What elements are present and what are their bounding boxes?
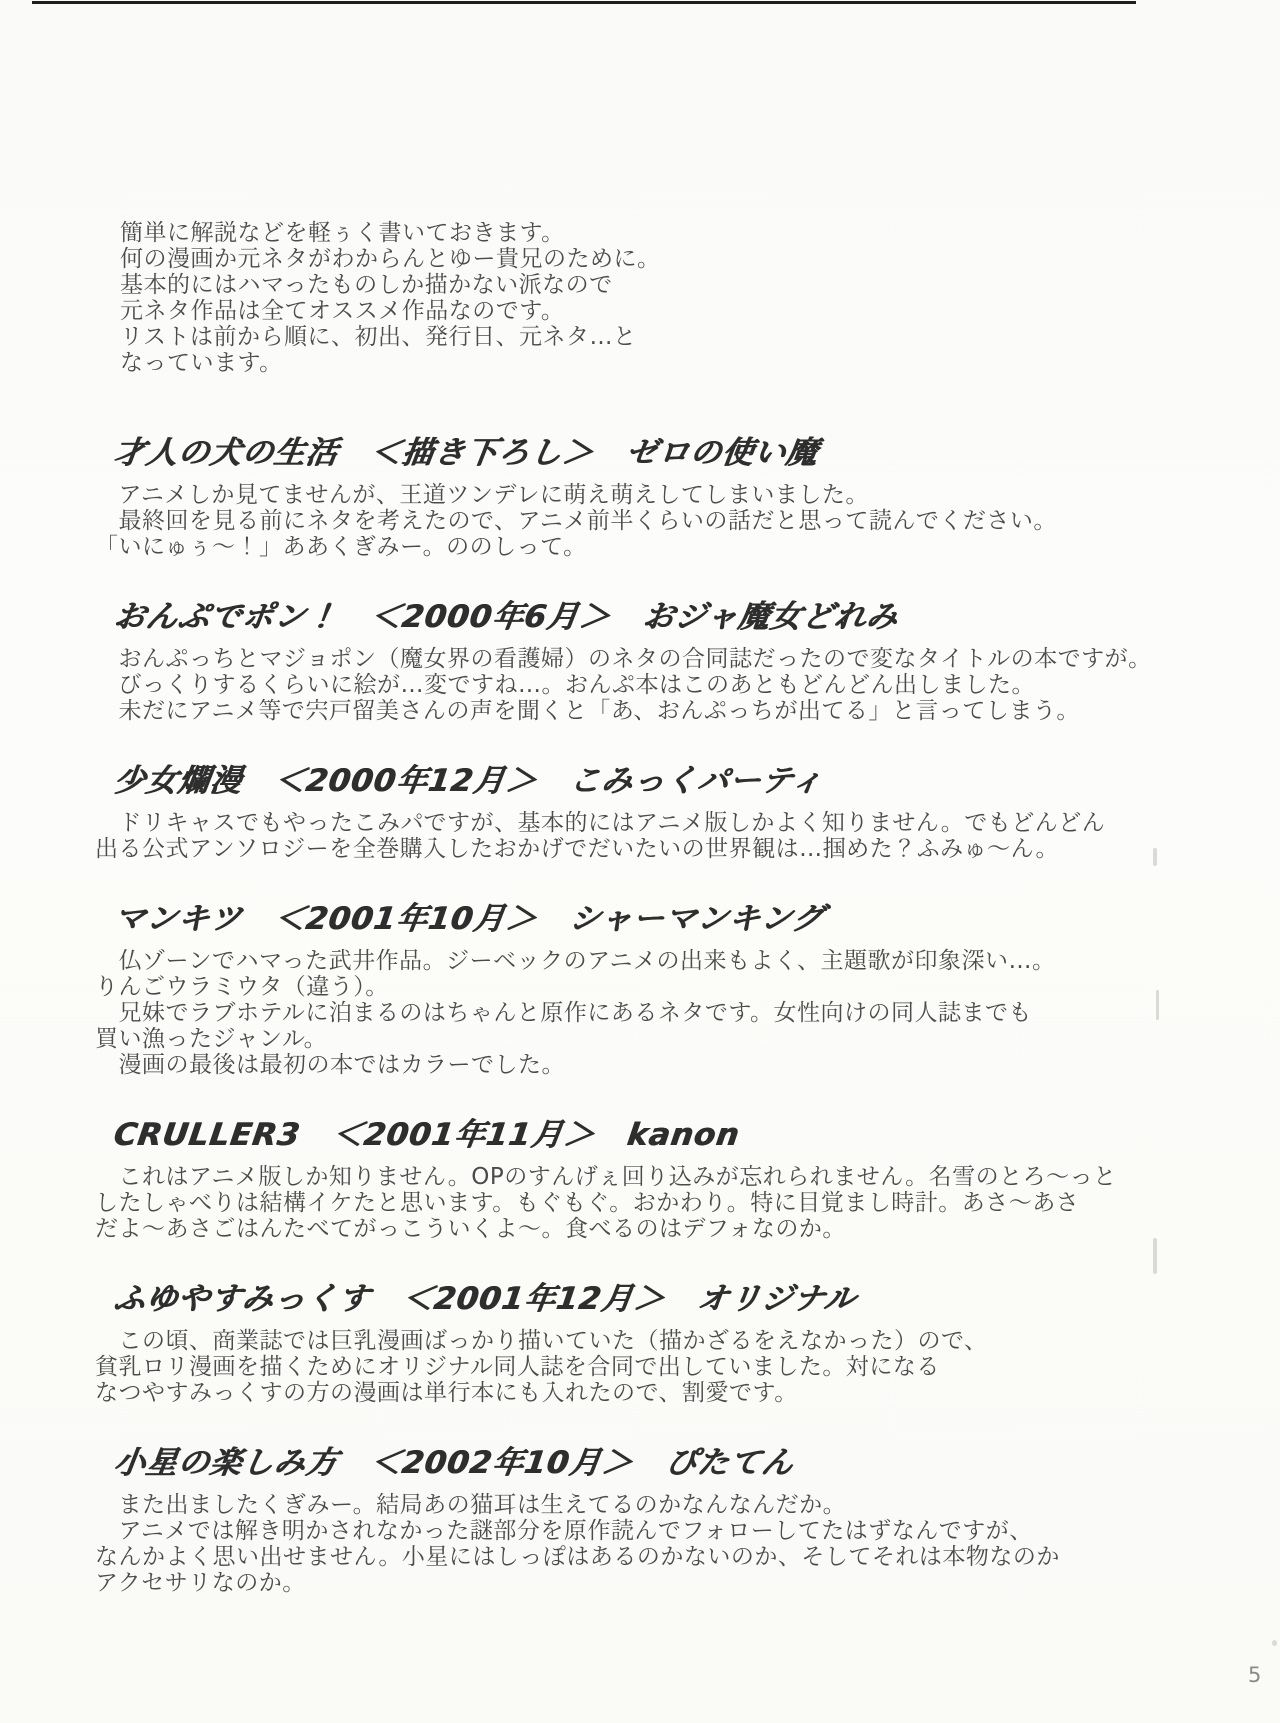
entry-body: この頃、商業誌では巨乳漫画ばっかり描いていた（描かざるをえなかった）ので、貧乳ロ… [95, 1328, 1200, 1406]
entry-title: 少女爛漫 ＜2000年12月＞ こみっくパーティ [111, 760, 1206, 802]
intro-line: 基本的にはハマったものしか描かない派なので [120, 272, 1200, 298]
scan-artifact-smudge [1153, 1238, 1157, 1274]
entry-body-line: これはアニメ版しか知りません。OPのすんげぇ回り込みが忘れられません。名雪のとろ… [95, 1164, 1200, 1190]
scanned-page: 簡単に解説などを軽ぅく書いておきます。何の漫画か元ネタがわからんとゆー貴兄のため… [0, 0, 1280, 1723]
entry-body-line: りんごウラミウタ（違う）。 [95, 974, 1200, 1000]
intro-paragraph: 簡単に解説などを軽ぅく書いておきます。何の漫画か元ネタがわからんとゆー貴兄のため… [120, 220, 1200, 376]
entry-body-line: 買い漁ったジャンル。 [95, 1026, 1200, 1052]
entry-title: ふゆやすみっくす ＜2001年12月＞ オリジナル [111, 1278, 1206, 1320]
entry-list: 才人の犬の生活 ＜描き下ろし＞ ゼロの使い魔 アニメしか見てませんが、王道ツンデ… [95, 432, 1200, 1596]
entry-section: おんぷでポン！ ＜2000年6月＞ おジャ魔女どれみ おんぷっちとマジョポン（魔… [95, 596, 1200, 724]
entry-body-line: この頃、商業誌では巨乳漫画ばっかり描いていた（描かざるをえなかった）ので、 [95, 1328, 1200, 1354]
entry-body-line: 貧乳ロリ漫画を描くためにオリジナル同人誌を合同で出していました。対になる [95, 1354, 1200, 1380]
entry-body-line: 最終回を見る前にネタを考えたので、アニメ前半くらいの話だと思って読んでください。 [95, 508, 1200, 534]
entry-title: 小星の楽しみ方 ＜2002年10月＞ ぴたてん [111, 1442, 1206, 1484]
entry-body-line: びっくりするくらいに絵が…変ですね…。おんぷ本はこのあともどんどん出しました。 [95, 672, 1200, 698]
scan-artifact-smudge [1272, 1640, 1277, 1646]
scan-artifact-smudge [1156, 990, 1159, 1020]
entry-body-line: 「いにゅぅ～！」ああくぎみー。ののしって。 [95, 534, 1200, 560]
entry-title: 才人の犬の生活 ＜描き下ろし＞ ゼロの使い魔 [111, 432, 1206, 474]
entry-body: また出ましたくぎみー。結局あの猫耳は生えてるのかなんなんだか。 アニメでは解き明… [95, 1492, 1200, 1596]
entry-section: マンキツ ＜2001年10月＞ シャーマンキング 仏ゾーンでハマった武井作品。ジ… [95, 898, 1200, 1078]
entry-body-line: アニメでは解き明かされなかった謎部分を原作読んでフォローしてたはずなんですが、 [95, 1518, 1200, 1544]
entry-body: 仏ゾーンでハマった武井作品。ジーベックのアニメの出来もよく、主題歌が印象深い…。… [95, 948, 1200, 1078]
intro-line: なっています。 [120, 350, 1200, 376]
entry-body-line: なんかよく思い出せません。小星にはしっぽはあるのかないのか、そしてそれは本物なの… [95, 1544, 1200, 1570]
intro-line: 何の漫画か元ネタがわからんとゆー貴兄のために。 [120, 246, 1200, 272]
entry-body: アニメしか見てませんが、王道ツンデレに萌え萌えしてしまいました。 最終回を見る前… [95, 482, 1200, 560]
entry-body-line: したしゃべりは結構イケたと思います。もぐもぐ。おかわり。特に目覚まし時計。あさ～… [95, 1190, 1200, 1216]
page-content: 簡単に解説などを軽ぅく書いておきます。何の漫画か元ネタがわからんとゆー貴兄のため… [95, 220, 1200, 1596]
entry-title: おんぷでポン！ ＜2000年6月＞ おジャ魔女どれみ [111, 596, 1206, 638]
entry-body-line: 兄妹でラブホテルに泊まるのはちゃんと原作にあるネタです。女性向けの同人誌までも [95, 1000, 1200, 1026]
scan-artifact-smudge [1153, 848, 1157, 866]
entry-body-line: アニメしか見てませんが、王道ツンデレに萌え萌えしてしまいました。 [95, 482, 1200, 508]
entry-body: ドリキャスでもやったこみパですが、基本的にはアニメ版しかよく知りません。でもどん… [95, 810, 1200, 862]
entry-body-line: なつやすみっくすの方の漫画は単行本にも入れたので、割愛です。 [95, 1380, 1200, 1406]
entry-body: おんぷっちとマジョポン（魔女界の看護婦）のネタの合同誌だったので変なタイトルの本… [95, 646, 1200, 724]
entry-section: 小星の楽しみ方 ＜2002年10月＞ ぴたてん また出ましたくぎみー。結局あの猫… [95, 1442, 1200, 1596]
entry-body-line: 漫画の最後は最初の本ではカラーでした。 [95, 1052, 1200, 1078]
entry-body-line: また出ましたくぎみー。結局あの猫耳は生えてるのかなんなんだか。 [95, 1492, 1200, 1518]
intro-line: リストは前から順に、初出、発行日、元ネタ…と [120, 324, 1200, 350]
entry-body-line: おんぷっちとマジョポン（魔女界の看護婦）のネタの合同誌だったので変なタイトルの本… [95, 646, 1200, 672]
entry-body: これはアニメ版しか知りません。OPのすんげぇ回り込みが忘れられません。名雪のとろ… [95, 1164, 1200, 1242]
entry-body-line: 出る公式アンソロジーを全巻購入したおかげでだいたいの世界観は…掴めた？ふみゅ～ん… [95, 836, 1200, 862]
page-number: 5 [1248, 1663, 1261, 1687]
entry-body-line: アクセサリなのか。 [95, 1570, 1200, 1596]
entry-title: CRULLER3 ＜2001年11月＞ kanon [111, 1114, 1206, 1156]
entry-section: 少女爛漫 ＜2000年12月＞ こみっくパーティ ドリキャスでもやったこみパです… [95, 760, 1200, 862]
scan-artifact-top-line [32, 1, 1136, 4]
entry-body-line: 未だにアニメ等で宍戸留美さんの声を聞くと「あ、おんぷっちが出てる」と言ってしまう… [95, 698, 1200, 724]
entry-section: 才人の犬の生活 ＜描き下ろし＞ ゼロの使い魔 アニメしか見てませんが、王道ツンデ… [95, 432, 1200, 560]
intro-line: 元ネタ作品は全てオススメ作品なのです。 [120, 298, 1200, 324]
entry-title: マンキツ ＜2001年10月＞ シャーマンキング [111, 898, 1206, 940]
entry-body-line: ドリキャスでもやったこみパですが、基本的にはアニメ版しかよく知りません。でもどん… [95, 810, 1200, 836]
entry-body-line: 仏ゾーンでハマった武井作品。ジーベックのアニメの出来もよく、主題歌が印象深い…。 [95, 948, 1200, 974]
entry-section: CRULLER3 ＜2001年11月＞ kanon これはアニメ版しか知りません… [95, 1114, 1200, 1242]
entry-section: ふゆやすみっくす ＜2001年12月＞ オリジナル この頃、商業誌では巨乳漫画ば… [95, 1278, 1200, 1406]
entry-body-line: だよ～あさごはんたべてがっこういくよ～。食べるのはデフォなのか。 [95, 1216, 1200, 1242]
intro-line: 簡単に解説などを軽ぅく書いておきます。 [120, 220, 1200, 246]
